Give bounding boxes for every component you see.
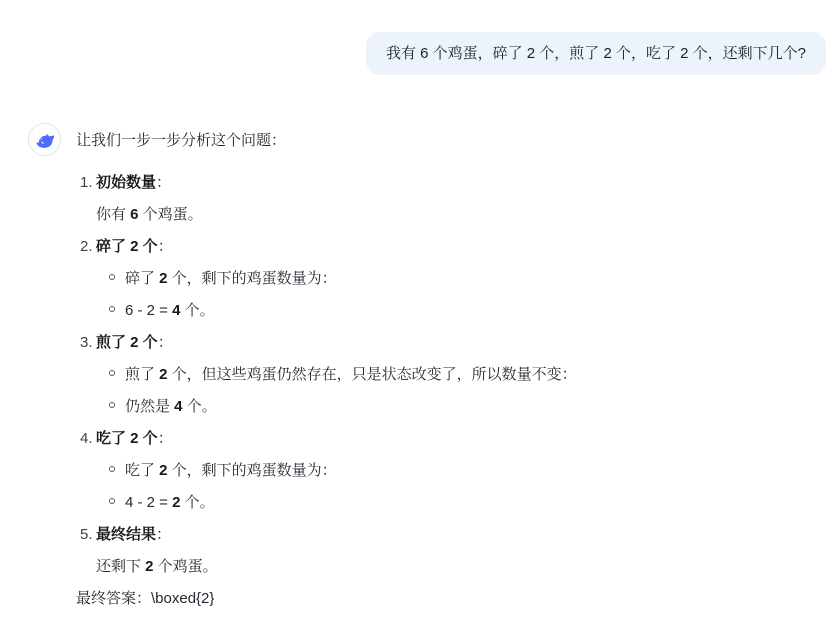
list-number: 3. <box>80 332 96 353</box>
circle-bullet-icon <box>109 370 115 376</box>
text-segment: ： <box>156 174 171 191</box>
line-text: 煎了 2 个，但这些鸡蛋仍然存在，只是状态改变了，所以数量不变： <box>125 364 577 385</box>
step-title: 碎了 2 个： <box>96 236 173 257</box>
bullet-item: 吃了 2 个，剩下的鸡蛋数量为： <box>76 460 810 481</box>
text-segment: 个。 <box>180 302 214 319</box>
circle-bullet-icon <box>109 466 115 472</box>
step-paragraph: 你有 6 个鸡蛋。 <box>76 204 810 225</box>
assistant-step-5: 5.最终结果：还剩下 2 个鸡蛋。 <box>76 524 810 577</box>
step-paragraph: 还剩下 2 个鸡蛋。 <box>76 556 810 577</box>
bullet-item: 煎了 2 个，但这些鸡蛋仍然存在，只是状态改变了，所以数量不变： <box>76 364 810 385</box>
assistant-step-1: 1.初始数量：你有 6 个鸡蛋。 <box>76 172 810 225</box>
bold-text-segment: 吃了 2 个 <box>96 430 158 447</box>
text-segment: 个鸡蛋。 <box>154 558 218 575</box>
list-number: 1. <box>80 172 96 193</box>
bullet-item: 4 - 2 = 2 个。 <box>76 492 810 513</box>
line-text: 4 - 2 = 2 个。 <box>125 492 215 513</box>
bold-text-segment: 2 <box>159 270 167 287</box>
circle-bullet-icon <box>109 498 115 504</box>
line-text: 6 - 2 = 4 个。 <box>125 300 215 321</box>
list-number: 4. <box>80 428 96 449</box>
list-number: 5. <box>80 524 96 545</box>
bold-text-segment: 2 <box>159 462 167 479</box>
line-text: 仍然是 4 个。 <box>125 396 217 417</box>
assistant-steps: 1.初始数量：你有 6 个鸡蛋。2.碎了 2 个：碎了 2 个，剩下的鸡蛋数量为… <box>76 172 810 577</box>
text-segment: ： <box>158 430 173 447</box>
step-title-line: 1.初始数量： <box>76 172 810 193</box>
step-title: 煎了 2 个： <box>96 332 173 353</box>
text-segment: 个，剩下的鸡蛋数量为： <box>168 270 337 287</box>
bold-text-segment: 煎了 2 个 <box>96 334 158 351</box>
assistant-avatar <box>28 123 61 156</box>
text-segment: 仍然是 <box>125 398 174 415</box>
text-segment: 4 - 2 = <box>125 494 172 511</box>
line-text: 你有 6 个鸡蛋。 <box>96 206 203 223</box>
deepseek-whale-icon <box>35 130 55 150</box>
text-segment: 个。 <box>183 398 217 415</box>
chat-page: 我有 6 个鸡蛋，碎了 2 个，煎了 2 个，吃了 2 个，还剩下几个? 让我们… <box>0 0 834 643</box>
bullet-item: 6 - 2 = 4 个。 <box>76 300 810 321</box>
bold-text-segment: 初始数量 <box>96 174 156 191</box>
line-text: 还剩下 2 个鸡蛋。 <box>96 558 218 575</box>
user-message-bubble: 我有 6 个鸡蛋，碎了 2 个，煎了 2 个，吃了 2 个，还剩下几个? <box>366 32 826 75</box>
bold-text-segment: 碎了 2 个 <box>96 238 158 255</box>
text-segment: 你有 <box>96 206 130 223</box>
text-segment: 吃了 <box>125 462 159 479</box>
list-number: 2. <box>80 236 96 257</box>
assistant-message-content: 让我们一步一步分析这个问题： 1.初始数量：你有 6 个鸡蛋。2.碎了 2 个：… <box>76 123 810 609</box>
text-segment: 6 - 2 = <box>125 302 172 319</box>
bold-text-segment: 4 <box>174 398 182 415</box>
circle-bullet-icon <box>109 274 115 280</box>
bullet-item: 碎了 2 个，剩下的鸡蛋数量为： <box>76 268 810 289</box>
bold-text-segment: 最终结果 <box>96 526 156 543</box>
bold-text-segment: 2 <box>145 558 153 575</box>
assistant-intro-text: 让我们一步一步分析这个问题： <box>76 130 810 151</box>
text-segment: 个鸡蛋。 <box>139 206 203 223</box>
line-text: 碎了 2 个，剩下的鸡蛋数量为： <box>125 268 337 289</box>
text-segment: 个，剩下的鸡蛋数量为： <box>168 462 337 479</box>
assistant-step-3: 3.煎了 2 个：煎了 2 个，但这些鸡蛋仍然存在，只是状态改变了，所以数量不变… <box>76 332 810 417</box>
line-text: 吃了 2 个，剩下的鸡蛋数量为： <box>125 460 337 481</box>
step-title-line: 2.碎了 2 个： <box>76 236 810 257</box>
text-segment: ： <box>158 334 173 351</box>
circle-bullet-icon <box>109 306 115 312</box>
step-title: 初始数量： <box>96 172 171 193</box>
text-segment: 个，但这些鸡蛋仍然存在，只是状态改变了，所以数量不变： <box>168 366 577 383</box>
circle-bullet-icon <box>109 402 115 408</box>
text-segment: ： <box>156 526 171 543</box>
text-segment: 还剩下 <box>96 558 145 575</box>
final-answer-text: 最终答案：\boxed{2} <box>76 588 810 609</box>
text-segment: 个。 <box>180 494 214 511</box>
bold-text-segment: 6 <box>130 206 138 223</box>
assistant-message-row: 让我们一步一步分析这个问题： 1.初始数量：你有 6 个鸡蛋。2.碎了 2 个：… <box>0 123 834 609</box>
step-title-line: 3.煎了 2 个： <box>76 332 810 353</box>
step-title: 吃了 2 个： <box>96 428 173 449</box>
step-title-line: 4.吃了 2 个： <box>76 428 810 449</box>
step-title: 最终结果： <box>96 524 171 545</box>
bold-text-segment: 2 <box>159 366 167 383</box>
text-segment: 煎了 <box>125 366 159 383</box>
text-segment: 碎了 <box>125 270 159 287</box>
user-message-text: 我有 6 个鸡蛋，碎了 2 个，煎了 2 个，吃了 2 个，还剩下几个? <box>386 45 806 62</box>
assistant-step-4: 4.吃了 2 个：吃了 2 个，剩下的鸡蛋数量为：4 - 2 = 2 个。 <box>76 428 810 513</box>
step-title-line: 5.最终结果： <box>76 524 810 545</box>
text-segment: ： <box>158 238 173 255</box>
user-message-row: 我有 6 个鸡蛋，碎了 2 个，煎了 2 个，吃了 2 个，还剩下几个? <box>0 0 834 75</box>
bullet-item: 仍然是 4 个。 <box>76 396 810 417</box>
assistant-step-2: 2.碎了 2 个：碎了 2 个，剩下的鸡蛋数量为：6 - 2 = 4 个。 <box>76 236 810 321</box>
